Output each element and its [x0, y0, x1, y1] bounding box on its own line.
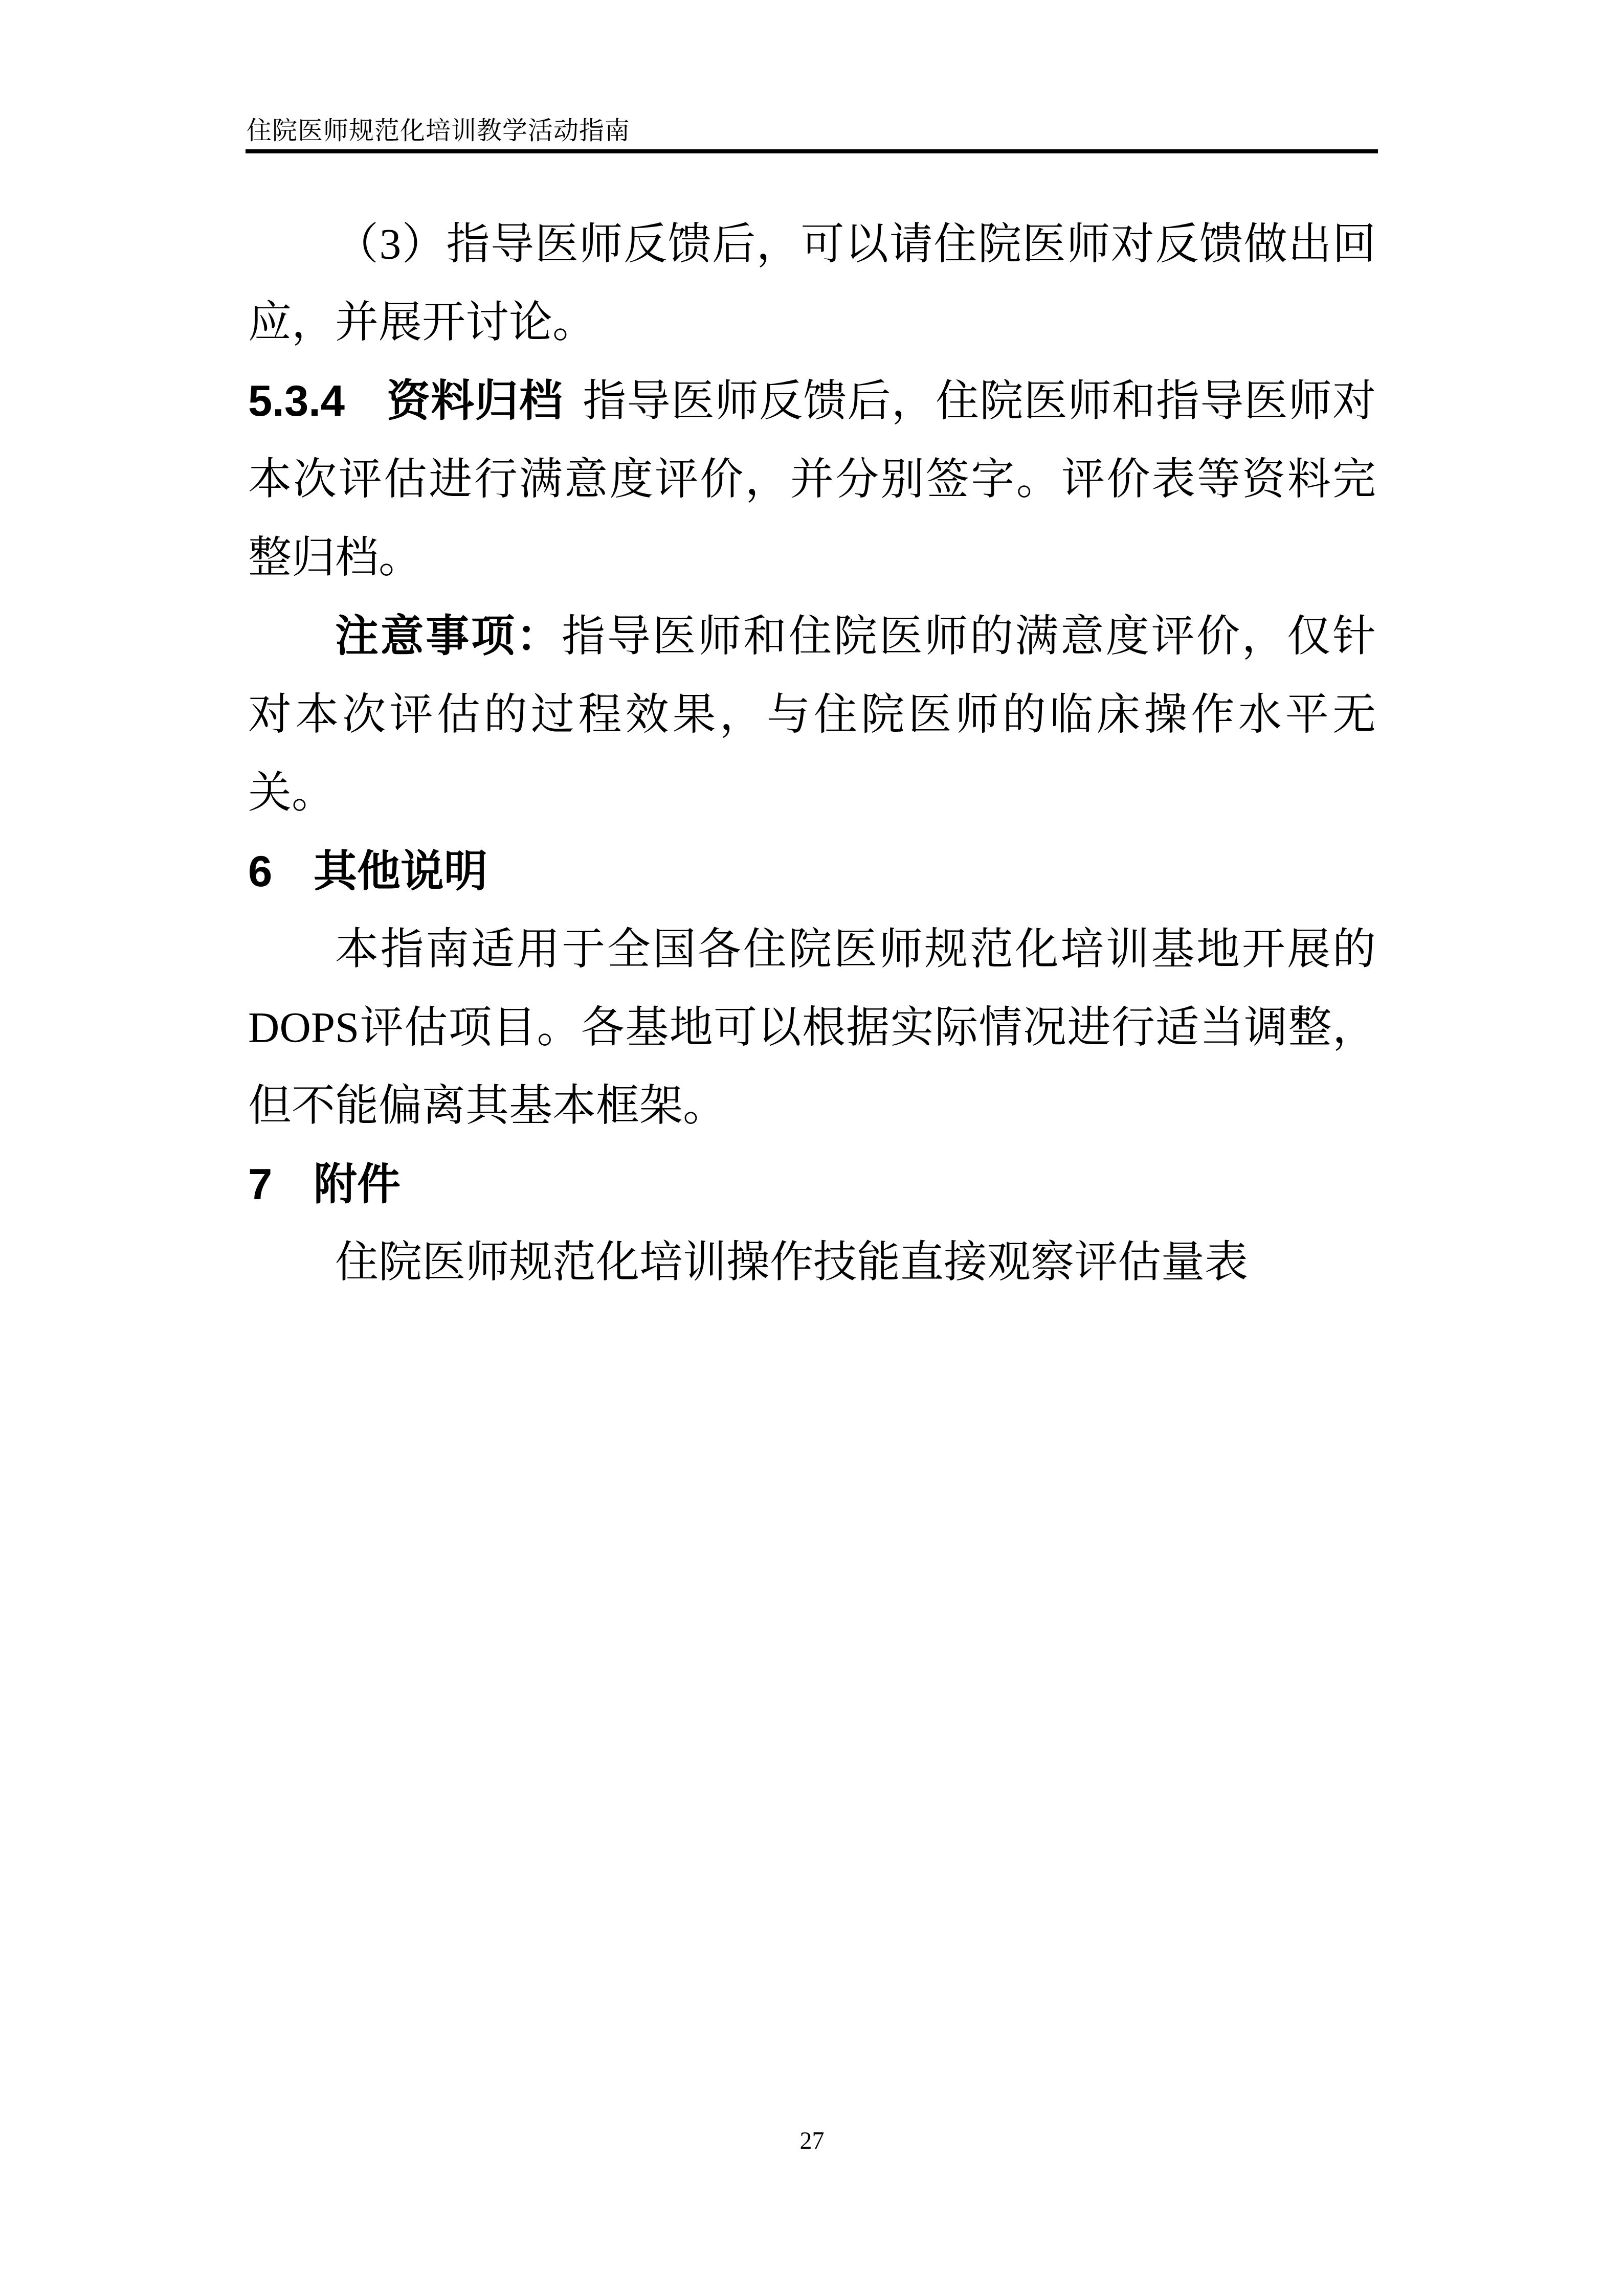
heading-section-7: 7附件: [248, 1145, 1376, 1224]
page-number: 27: [0, 2126, 1624, 2156]
heading-7-number: 7: [248, 1145, 272, 1224]
section-534-term: 资料归档: [386, 377, 563, 425]
section-534-number: 5.3.4: [248, 377, 345, 425]
paragraph-notes: 注意事项：指导医师和住院医师的满意度评价，仅针对本次评估的过程效果，与住院医师的…: [248, 597, 1376, 832]
heading-section-6: 6其他说明: [248, 832, 1376, 911]
heading-7-title: 附件: [314, 1160, 401, 1209]
paragraph-feedback-response: （3）指导医师反馈后，可以请住院医师对反馈做出回应，并展开讨论。: [248, 206, 1376, 362]
notes-label: 注意事项：: [335, 612, 562, 661]
header-rule-divider: [246, 149, 1378, 153]
heading-6-number: 6: [248, 832, 272, 911]
paragraph-section-534: 5.3.4资料归档指导医师反馈后，住院医师和指导医师对本次评估进行满意度评价，并…: [248, 362, 1376, 597]
document-page: 住院医师规范化培训教学活动指南 （3）指导医师反馈后，可以请住院医师对反馈做出回…: [0, 0, 1624, 2296]
document-body: （3）指导医师反馈后，可以请住院医师对反馈做出回应，并展开讨论。 5.3.4资料…: [248, 206, 1376, 1302]
running-header-title: 住院医师规范化培训教学活动指南: [247, 116, 630, 146]
paragraph-scope: 本指南适用于全国各住院医师规范化培训基地开展的DOPS评估项目。各基地可以根据实…: [248, 911, 1376, 1145]
paragraph-attachment: 住院医师规范化培训操作技能直接观察评估量表: [248, 1224, 1376, 1302]
heading-6-title: 其他说明: [314, 847, 487, 896]
